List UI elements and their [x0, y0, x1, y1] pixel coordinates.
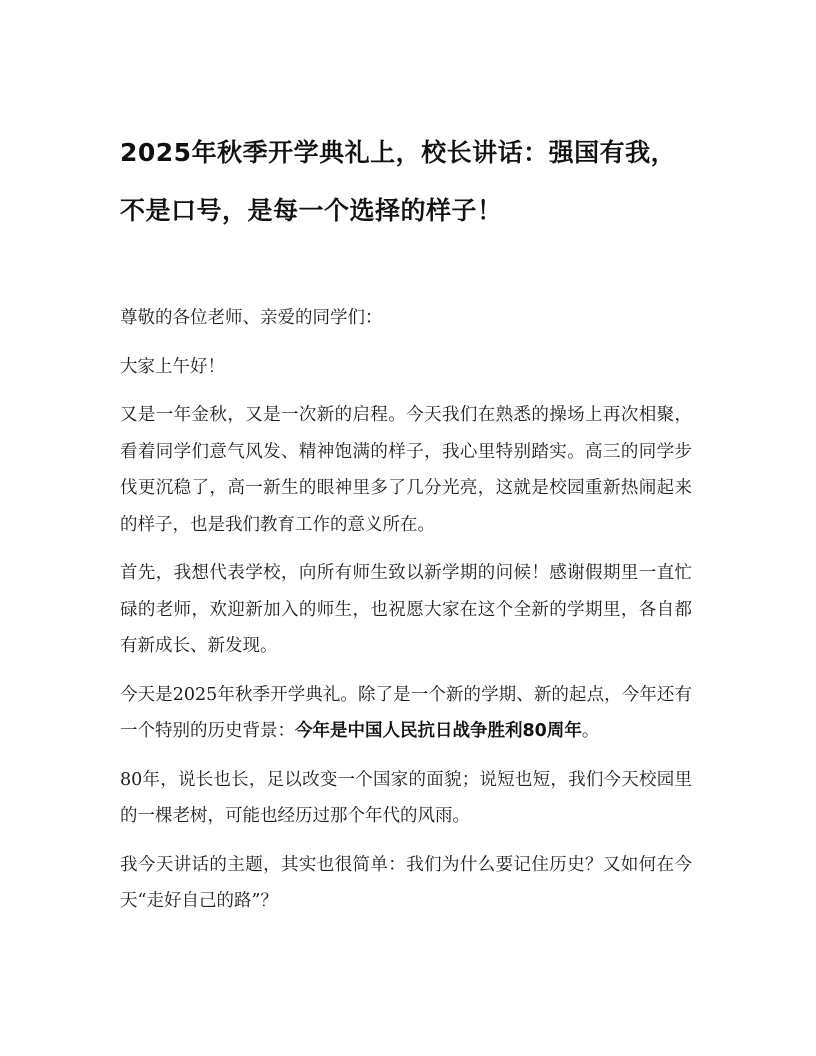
- welcome-paragraph: 首先，我想代表学校，向所有师生致以新学期的问候！感谢假期里一直忙碌的老师，欢迎新…: [120, 555, 692, 665]
- eighty-years-paragraph: 80年，说长也长，足以改变一个国家的面貌；说短也短，我们今天校园里的一棵老树，可…: [120, 762, 692, 835]
- anniversary-highlight: 今年是中国人民抗日战争胜利80周年: [295, 721, 582, 741]
- salutation-paragraph: 尊敬的各位老师、亲爱的同学们：: [120, 300, 692, 337]
- greeting-paragraph: 大家上午好！: [120, 349, 692, 386]
- document-body: 尊敬的各位老师、亲爱的同学们： 大家上午好！ 又是一年金秋，又是一次新的启程。今…: [120, 300, 692, 932]
- anniversary-text-end: 。: [582, 721, 600, 741]
- opening-paragraph: 又是一年金秋，又是一次新的启程。今天我们在熟悉的操场上再次相聚，看着同学们意气风…: [120, 397, 692, 543]
- document-title: 2025年秋季开学典礼上，校长讲话：强国有我，不是口号，是每一个选择的样子！: [120, 124, 692, 240]
- anniversary-paragraph: 今天是2025年秋季开学典礼。除了是一个新的学期、新的起点，今年还有一个特别的历…: [120, 677, 692, 750]
- theme-paragraph: 我今天讲话的主题，其实也很简单：我们为什么要记住历史？又如何在今天“走好自己的路…: [120, 847, 692, 920]
